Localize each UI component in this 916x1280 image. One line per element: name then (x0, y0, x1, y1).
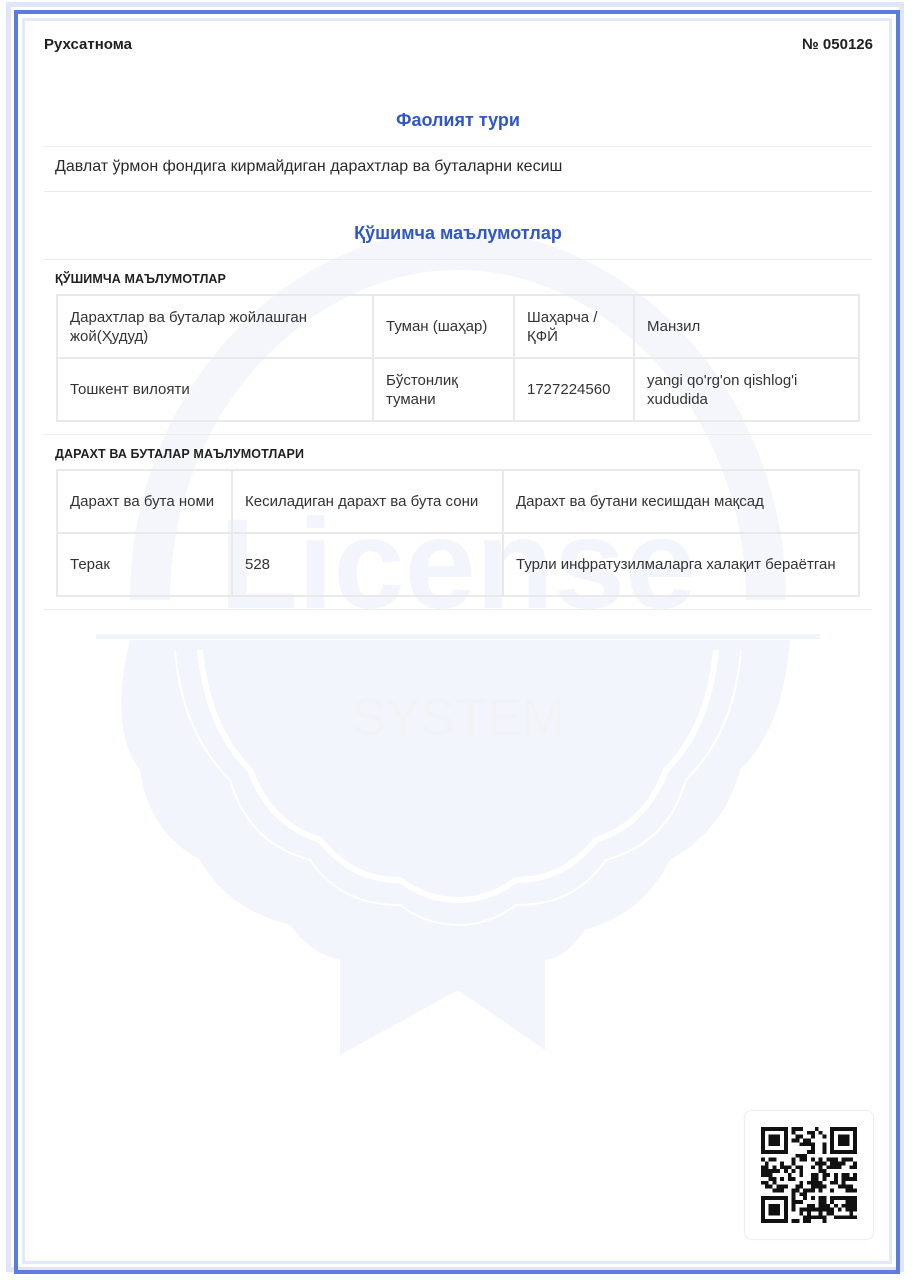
column-header: Дарахт ва бутани кесишдан мақсад (503, 470, 859, 533)
additional-heading: Қўшимча маълумотлар (44, 223, 872, 244)
column-header: Туман (шаҳар) (373, 295, 514, 358)
qr-code[interactable] (744, 1110, 874, 1240)
trees-table: Дарахт ва бута номи Кесиладиган дарахт в… (56, 469, 860, 597)
cell-purpose: Турли инфратузилмаларга халақит бераётга… (503, 533, 859, 596)
divider (44, 609, 872, 610)
table-row: Терак 528 Турли инфратузилмаларга халақи… (57, 533, 859, 596)
page-frame-inner (22, 18, 892, 1264)
cell-region: Тошкент вилояти (57, 358, 373, 421)
divider (44, 259, 872, 260)
activity-value: Давлат ўрмон фондига кирмайдиган дарахтл… (55, 158, 562, 176)
divider (44, 434, 872, 435)
location-section-title: ҚЎШИМЧА МАЪЛУМОТЛАР (55, 272, 226, 286)
location-table: Дарахтлар ва буталар жойлашган жой(Ҳудуд… (56, 294, 860, 422)
document-number: № 050126 (802, 36, 873, 53)
table-header-row: Дарахт ва бута номи Кесиладиган дарахт в… (57, 470, 859, 533)
divider (44, 191, 872, 192)
cell-town-code: 1727224560 (514, 358, 634, 421)
table-row: Тошкент вилояти Бўстонлиқ тумани 1727224… (57, 358, 859, 421)
column-header: Дарахт ва бута номи (57, 470, 232, 533)
activity-heading: Фаолият тури (44, 110, 872, 131)
divider (44, 146, 872, 147)
column-header: Дарахтлар ва буталар жойлашган жой(Ҳудуд… (57, 295, 373, 358)
cell-tree-count: 528 (232, 533, 503, 596)
qr-code-icon (761, 1127, 857, 1223)
trees-section-title: ДАРАХТ ВА БУТАЛАР МАЪЛУМОТЛАРИ (55, 447, 304, 461)
cell-tree-name: Терак (57, 533, 232, 596)
column-header: Кесиладиган дарахт ва бута сони (232, 470, 503, 533)
cell-address: yangi qo'rg'on qishlog'i xududida (634, 358, 859, 421)
column-header: Манзил (634, 295, 859, 358)
column-header: Шаҳарча / ҚФЙ (514, 295, 634, 358)
cell-district: Бўстонлиқ тумани (373, 358, 514, 421)
document-title: Рухсатнома (44, 36, 132, 53)
table-header-row: Дарахтлар ва буталар жойлашган жой(Ҳудуд… (57, 295, 859, 358)
